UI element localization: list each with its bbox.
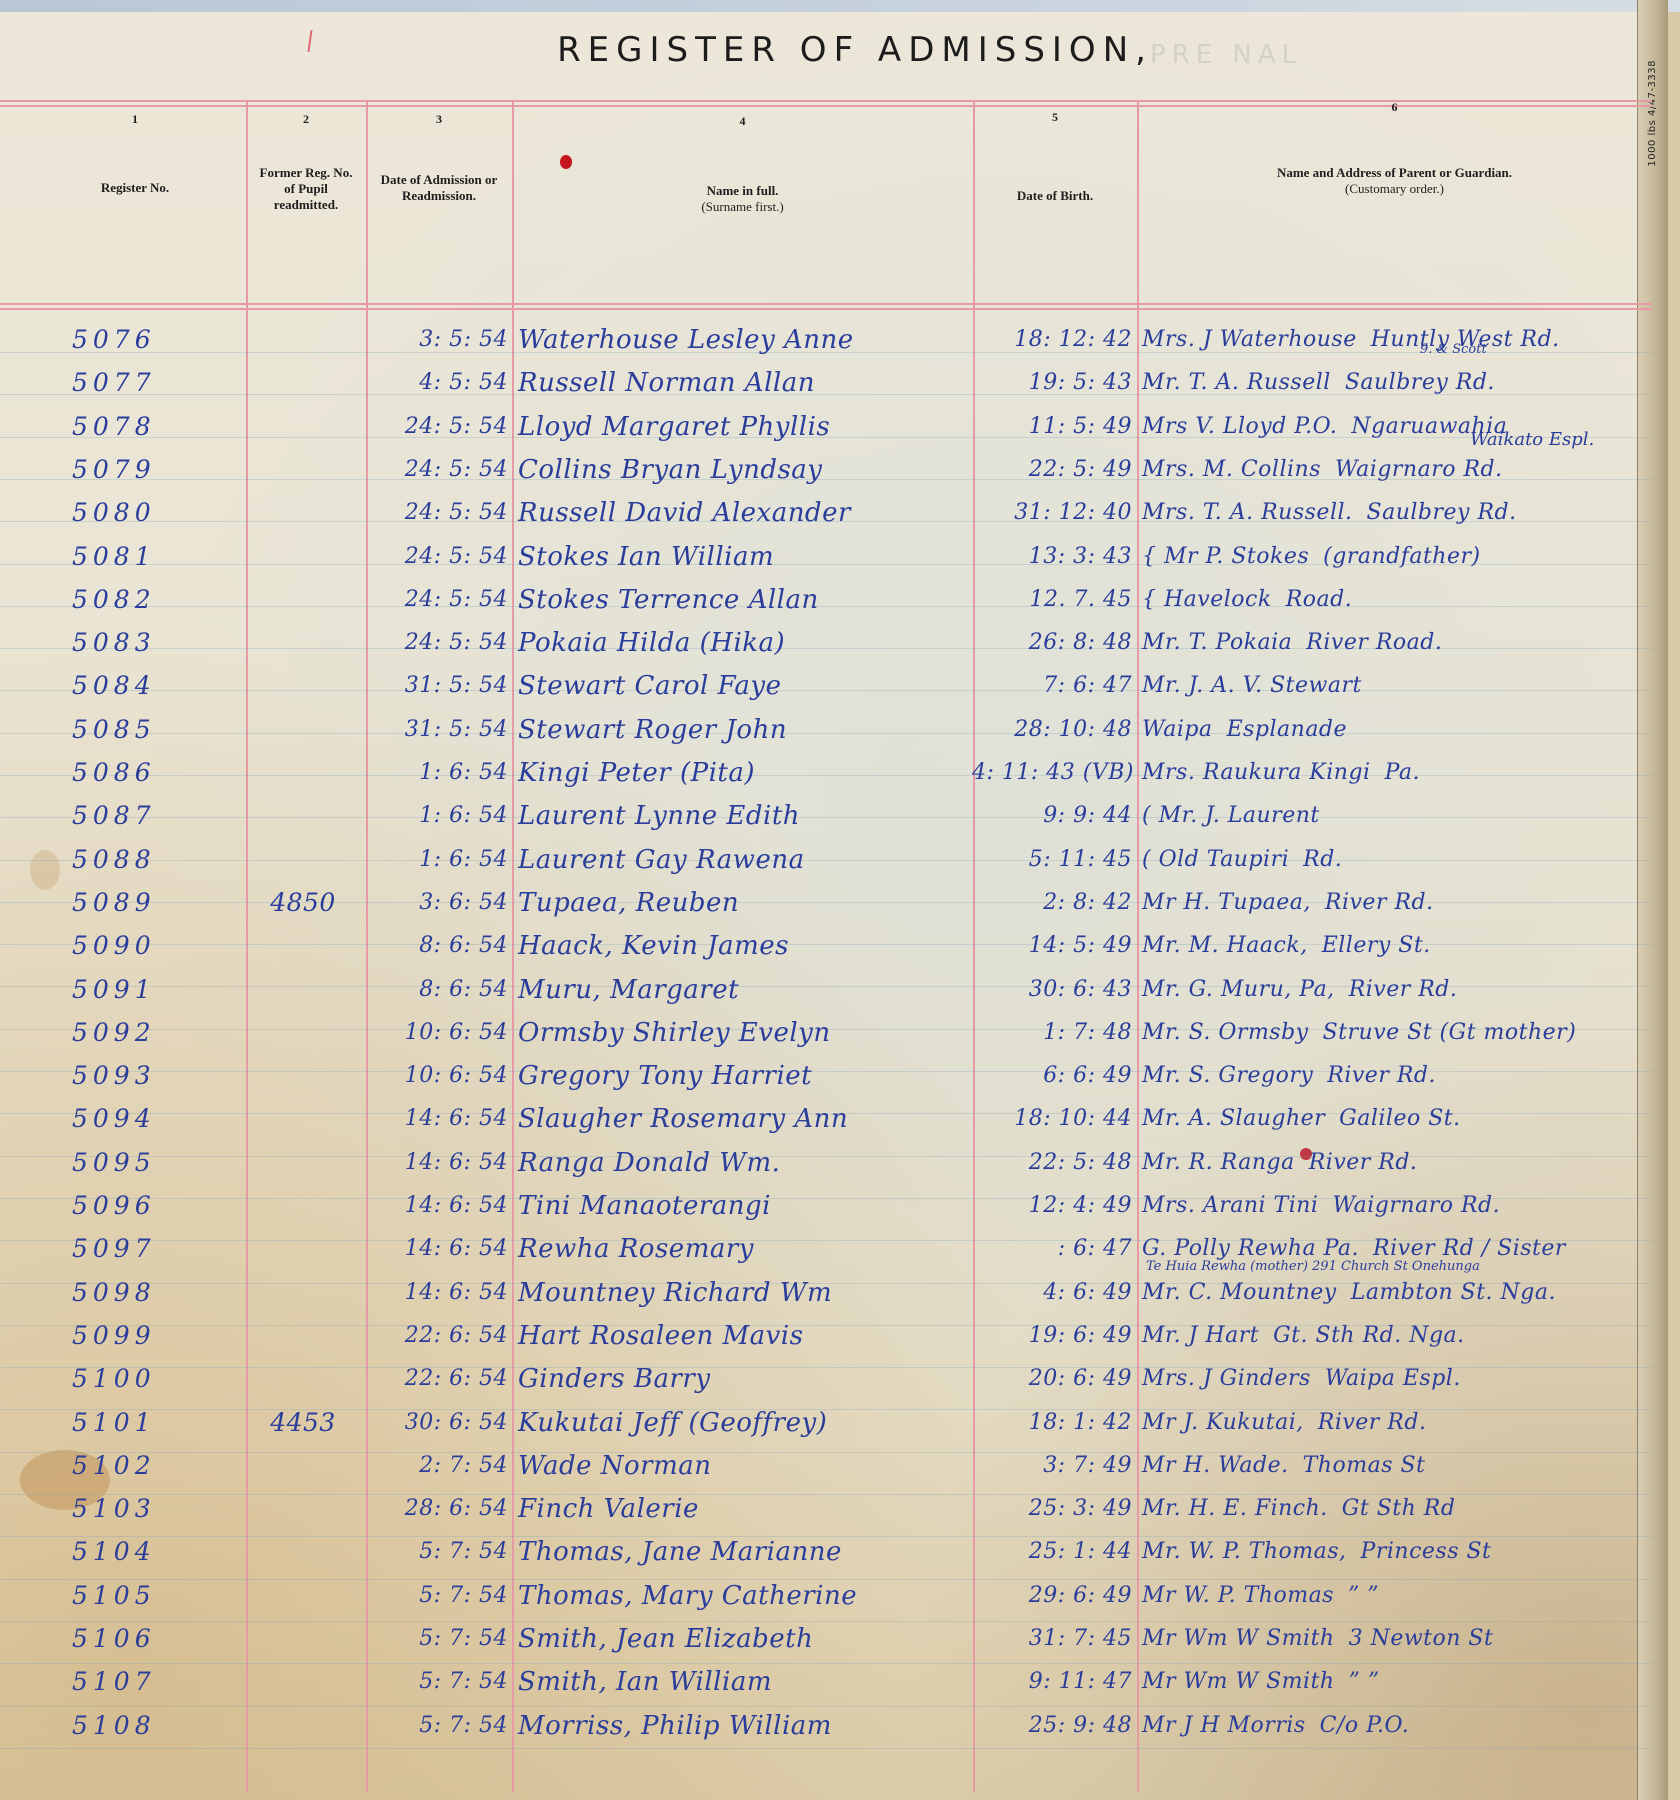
register-page: 1000 lbs 4/47-3338 PRE NAL REGISTER OF A… [0,0,1668,1800]
parent-name: { Mr P. Stokes [1142,544,1309,569]
register-row: 50774: 5: 54Russell Norman Allan19: 5: 4… [0,363,1652,405]
admission-date: 14: 6: 54 [368,1099,508,1139]
former-register-number: 4850 [248,883,358,923]
parent-address: River Rd. [1325,890,1434,915]
parent-address: Saulbrey Rd. [1345,370,1495,395]
register-row: 509310: 6: 54Gregory Tony Harriet6: 6: 4… [0,1056,1652,1098]
pupil-name: Russell Norman Allan [518,363,968,403]
parent-guardian: Mr. S. GregoryRiver Rd. [1142,1056,1662,1096]
admission-date: 1: 6: 54 [368,840,508,880]
parent-name: ( Old Taupiri [1142,847,1289,872]
parent-name: Mrs. Arani Tini [1142,1193,1318,1218]
column-header: Register No. [68,180,202,196]
pupil-name: Collins Bryan Lyndsay [518,450,968,490]
parent-name: Mr. J. A. V. Stewart [1142,673,1362,698]
pupil-name: Mountney Richard Wm [518,1273,968,1313]
date-of-birth: 12: 4: 49 [972,1186,1132,1226]
date-of-birth: 9: 11: 47 [972,1662,1132,1702]
parent-guardian: Mr Wm W Smith3 Newton St [1142,1619,1662,1659]
register-number: 5100 [72,1359,232,1399]
date-of-birth: 18: 1: 42 [972,1403,1132,1443]
register-row: 509714: 6: 54Rewha Rosemary: 6: 47G. Pol… [0,1229,1652,1271]
parent-guardian: Mr. W. P. Thomas,Princess St [1142,1532,1662,1572]
parent-name: Mrs. J Ginders [1142,1366,1311,1391]
parent-address: Pa. [1385,760,1420,785]
register-row: 508124: 5: 54Stokes Ian William13: 3: 43… [0,537,1652,579]
date-of-birth: 25: 1: 44 [972,1532,1132,1572]
parent-guardian: Mr. T. A. RussellSaulbrey Rd. [1142,363,1662,403]
register-row: 51045: 7: 54Thomas, Jane Marianne25: 1: … [0,1532,1652,1574]
parent-name: Mrs. Raukura Kingi [1142,760,1371,785]
register-row: 50861: 6: 54Kingi Peter (Pita)4: 11: 43 … [0,753,1652,795]
parent-name: { Havelock [1142,587,1272,612]
pupil-name: Ormsby Shirley Evelyn [518,1013,968,1053]
annotation: Te Huia Rewha (mother) 291 Church St One… [1146,1259,1480,1274]
register-row: 507924: 5: 54Collins Bryan Lyndsay22: 5:… [0,450,1652,492]
register-number: 5086 [72,753,232,793]
register-row: 50918: 6: 54Muru, Margaret30: 6: 43Mr. G… [0,970,1652,1012]
date-of-birth: 9: 9: 44 [972,796,1132,836]
admission-date: 8: 6: 54 [368,926,508,966]
register-number: 5104 [72,1532,232,1572]
register-row: 509210: 6: 54Ormsby Shirley Evelyn1: 7: … [0,1013,1652,1055]
parent-address: Waigrnaro Rd. [1332,1193,1500,1218]
register-row: 50881: 6: 54Laurent Gay Rawena5: 11: 45(… [0,840,1652,882]
parent-guardian: Mr. T. PokaiaRiver Road. [1142,623,1662,663]
parent-guardian: Mr W. P. Thomas” ” [1142,1576,1662,1616]
parent-name: Waipa [1142,717,1213,742]
register-number: 5089 [72,883,232,923]
pupil-name: Russell David Alexander [518,493,968,533]
pupil-name: Thomas, Jane Marianne [518,1532,968,1572]
pupil-name: Stewart Roger John [518,710,968,750]
parent-guardian: Mr. C. MountneyLambton St. Nga. [1142,1273,1662,1313]
register-row: 509614: 6: 54Tini Manaoterangi12: 4: 49M… [0,1186,1652,1228]
ruled-line [0,1748,1652,1749]
admission-date: 4: 5: 54 [368,363,508,403]
pupil-name: Ginders Barry [518,1359,968,1399]
parent-address: Gt. Sth Rd. Nga. [1273,1323,1465,1348]
register-number: 5096 [72,1186,232,1226]
ink-blot [560,155,572,169]
admission-date: 30: 6: 54 [368,1403,508,1443]
parent-address: River Rd. [1349,977,1458,1002]
parent-name: Mrs V. Lloyd P.O. [1142,414,1337,439]
pupil-name: Pokaia Hilda (Hika) [518,623,968,663]
date-of-birth: 22: 5: 48 [972,1143,1132,1183]
register-number: 5087 [72,796,232,836]
admission-date: 5: 7: 54 [368,1532,508,1572]
pupil-name: Laurent Lynne Edith [518,796,968,836]
register-number: 5083 [72,623,232,663]
column-number: 5 [973,110,1137,125]
pupil-name: Finch Valerie [518,1489,968,1529]
admission-date: 5: 7: 54 [368,1706,508,1746]
parent-guardian: Mr H. Wade.Thomas St [1142,1446,1662,1486]
register-number: 5088 [72,840,232,880]
parent-guardian: Mr J H MorrisC/o P.O. [1142,1706,1662,1746]
parent-name: Mr. T. Pokaia [1142,630,1292,655]
parent-guardian: Mrs. M. CollinsWaigrnaro Rd. [1142,450,1662,490]
pupil-name: Muru, Margaret [518,970,968,1010]
parent-address: (grandfather) [1323,544,1480,569]
register-row: 509514: 6: 54Ranga Donald Wm.22: 5: 48Mr… [0,1143,1652,1185]
register-number: 5101 [72,1403,232,1443]
admission-date: 10: 6: 54 [368,1013,508,1053]
admission-date: 24: 5: 54 [368,580,508,620]
parent-address: Struve St (Gt mother) [1323,1020,1577,1045]
column-number: 2 [246,112,366,127]
register-row: 508531: 5: 54Stewart Roger John28: 10: 4… [0,710,1652,752]
parent-name: Mrs. J Waterhouse [1142,327,1357,352]
column-number: 6 [1137,100,1652,115]
pupil-name: Smith, Ian William [518,1662,968,1702]
parent-name: Mr Wm W Smith [1142,1669,1335,1694]
parent-name: Mr. H. E. Finch. [1142,1496,1328,1521]
admission-date: 22: 6: 54 [368,1359,508,1399]
register-number: 5099 [72,1316,232,1356]
pupil-name: Stokes Ian William [518,537,968,577]
parent-address: Ellery St. [1322,933,1431,958]
parent-address: River Rd. [1309,1150,1418,1175]
parent-address: Waigrnaro Rd. [1335,457,1503,482]
pupil-name: Kingi Peter (Pita) [518,753,968,793]
column-number: 3 [366,112,512,127]
register-number: 5094 [72,1099,232,1139]
parent-address: Road. [1286,587,1353,612]
register-number: 5091 [72,970,232,1010]
parent-guardian: Mr J. Kukutai,River Rd. [1142,1403,1662,1443]
admission-date: 3: 5: 54 [368,320,508,360]
admission-date: 5: 7: 54 [368,1576,508,1616]
date-of-birth: 5: 11: 45 [972,840,1132,880]
column-header: Name and Address of Parent or Guardian.(… [1145,165,1644,197]
register-number: 5093 [72,1056,232,1096]
parent-name: Mr. M. Haack, [1142,933,1308,958]
parent-address: Lambton St. Nga. [1351,1280,1556,1305]
parent-address: Waipa Espl. [1325,1366,1461,1391]
pupil-name: Slaugher Rosemary Ann [518,1099,968,1139]
pupil-name: Gregory Tony Harriet [518,1056,968,1096]
annotation: 9. & Scott [1420,342,1487,357]
register-number: 5077 [72,363,232,403]
annotation: Waikato Espl. [1470,429,1594,450]
parent-guardian: WaipaEsplanade [1142,710,1662,750]
admission-date: 28: 6: 54 [368,1489,508,1529]
parent-guardian: Mr. J. A. V. Stewart [1142,666,1662,706]
date-of-birth: 12. 7. 45 [972,580,1132,620]
parent-guardian: Mrs. J GindersWaipa Espl. [1142,1359,1662,1399]
register-number: 5090 [72,926,232,966]
admission-date: 1: 6: 54 [368,753,508,793]
date-of-birth: 1: 7: 48 [972,1013,1132,1053]
parent-name: Mr. S. Ormsby [1142,1020,1309,1045]
date-of-birth: 13: 3: 43 [972,537,1132,577]
register-number: 5079 [72,450,232,490]
register-number: 5107 [72,1662,232,1702]
admission-date: 1: 6: 54 [368,796,508,836]
register-number: 5076 [72,320,232,360]
parent-name: ( Mr. J. Laurent [1142,803,1320,828]
date-of-birth: 26: 8: 48 [972,623,1132,663]
date-of-birth: : 6: 47 [972,1229,1132,1269]
register-number: 5078 [72,407,232,447]
register-row: 508224: 5: 54Stokes Terrence Allan12. 7.… [0,580,1652,622]
parent-name: Mr H. Wade. [1142,1453,1289,1478]
date-of-birth: 4: 6: 49 [972,1273,1132,1313]
date-of-birth: 31: 12: 40 [972,493,1132,533]
pupil-name: Waterhouse Lesley Anne [518,320,968,360]
pupil-name: Smith, Jean Elizabeth [518,1619,968,1659]
parent-guardian: ( Old TaupiriRd. [1142,840,1662,880]
admission-date: 14: 6: 54 [368,1186,508,1226]
register-number: 5103 [72,1489,232,1529]
pupil-name: Laurent Gay Rawena [518,840,968,880]
date-of-birth: 22: 5: 49 [972,450,1132,490]
parent-name: Mr J H Morris [1142,1713,1306,1738]
register-number: 5085 [72,710,232,750]
register-row: 510328: 6: 54Finch Valerie25: 3: 49Mr. H… [0,1489,1652,1531]
register-number: 5105 [72,1576,232,1616]
pupil-name: Tupaea, Reuben [518,883,968,923]
background-strip [0,0,1680,12]
parent-address: Esplanade [1227,717,1347,742]
date-of-birth: 20: 6: 49 [972,1359,1132,1399]
register-row: 51075: 7: 54Smith, Ian William9: 11: 47M… [0,1662,1652,1704]
parent-name: Mrs. M. Collins [1142,457,1321,482]
parent-guardian: Mr. H. E. Finch.Gt Sth Rd [1142,1489,1662,1529]
column-header: Name in full.(Surname first.) [520,183,965,215]
parent-name: Mr. J Hart [1142,1323,1259,1348]
parent-name: Mr J. Kukutai, [1142,1410,1304,1435]
admission-date: 24: 5: 54 [368,407,508,447]
admission-date: 3: 6: 54 [368,883,508,923]
parent-address: ” ” [1349,1669,1380,1694]
pupil-name: Ranga Donald Wm. [518,1143,968,1183]
parent-address: River Rd. [1327,1063,1436,1088]
register-row: 50908: 6: 54Haack, Kevin James14: 5: 49M… [0,926,1652,968]
admission-date: 8: 6: 54 [368,970,508,1010]
register-number: 5097 [72,1229,232,1269]
pupil-name: Haack, Kevin James [518,926,968,966]
register-row: 51085: 7: 54Morriss, Philip William25: 9… [0,1706,1652,1748]
date-of-birth: 18: 12: 42 [972,320,1132,360]
register-row: 50871: 6: 54Laurent Lynne Edith9: 9: 44(… [0,796,1652,838]
date-of-birth: 25: 9: 48 [972,1706,1132,1746]
register-row: 50763: 5: 54Waterhouse Lesley Anne18: 12… [0,320,1652,362]
date-of-birth: 25: 3: 49 [972,1489,1132,1529]
register-row: 51022: 7: 54Wade Norman3: 7: 49Mr H. Wad… [0,1446,1652,1488]
parent-address: Thomas St [1303,1453,1426,1478]
admission-date: 22: 6: 54 [368,1316,508,1356]
register-row: 510022: 6: 54Ginders Barry20: 6: 49Mrs. … [0,1359,1652,1401]
register-row: 507824: 5: 54Lloyd Margaret Phyllis11: 5… [0,407,1652,449]
parent-address: Galileo St. [1339,1106,1460,1131]
admission-date: 14: 6: 54 [368,1229,508,1269]
parent-guardian: { Mr P. Stokes(grandfather) [1142,537,1662,577]
pupil-name: Wade Norman [518,1446,968,1486]
date-of-birth: 19: 5: 43 [972,363,1132,403]
register-row: 509414: 6: 54Slaugher Rosemary Ann18: 10… [0,1099,1652,1141]
column-header: Date of Birth. [981,188,1129,204]
admission-date: 14: 6: 54 [368,1273,508,1313]
register-number: 5080 [72,493,232,533]
register-row: 509814: 6: 54Mountney Richard Wm4: 6: 49… [0,1273,1652,1315]
register-number: 5102 [72,1446,232,1486]
parent-address: C/o P.O. [1320,1713,1410,1738]
register-row: 508324: 5: 54Pokaia Hilda (Hika)26: 8: 4… [0,623,1652,665]
parent-name: Mr. R. Ranga [1142,1150,1295,1175]
register-row: 508024: 5: 54Russell David Alexander31: … [0,493,1652,535]
parent-name: Mr Wm W Smith [1142,1626,1335,1651]
parent-address: Saulbrey Rd. [1367,500,1517,525]
register-number: 5106 [72,1619,232,1659]
parent-address: Rd. [1303,847,1342,872]
parent-name: Mr. W. P. Thomas, [1142,1539,1347,1564]
date-of-birth: 29: 6: 49 [972,1576,1132,1616]
admission-date: 10: 6: 54 [368,1056,508,1096]
admission-date: 24: 5: 54 [368,623,508,663]
pupil-name: Kukutai Jeff (Geoffrey) [518,1403,968,1443]
admission-date: 5: 7: 54 [368,1662,508,1702]
pupil-name: Morriss, Philip William [518,1706,968,1746]
column-header: Former Reg. No. of Pupil readmitted. [254,165,358,213]
admission-date: 5: 7: 54 [368,1619,508,1659]
date-of-birth: 30: 6: 43 [972,970,1132,1010]
register-row: 509922: 6: 54Hart Rosaleen Mavis19: 6: 4… [0,1316,1652,1358]
register-number: 5084 [72,666,232,706]
register-row: 51065: 7: 54Smith, Jean Elizabeth31: 7: … [0,1619,1652,1661]
date-of-birth: 6: 6: 49 [972,1056,1132,1096]
date-of-birth: 19: 6: 49 [972,1316,1132,1356]
parent-guardian: Mr. J HartGt. Sth Rd. Nga. [1142,1316,1662,1356]
parent-guardian: Mr H. Tupaea,River Rd. [1142,883,1662,923]
date-of-birth: 28: 10: 48 [972,710,1132,750]
date-of-birth: 3: 7: 49 [972,1446,1132,1486]
parent-guardian: Mr. S. OrmsbyStruve St (Gt mother) [1142,1013,1662,1053]
parent-name: Mr. S. Gregory [1142,1063,1313,1088]
admission-date: 24: 5: 54 [368,537,508,577]
register-number: 5095 [72,1143,232,1183]
date-of-birth: 4: 11: 43 (VB) [972,753,1132,793]
former-register-number: 4453 [248,1403,358,1443]
parent-guardian: { HavelockRoad. [1142,580,1662,620]
pupil-name: Hart Rosaleen Mavis [518,1316,968,1356]
parent-guardian: Mrs. T. A. Russell.Saulbrey Rd. [1142,493,1662,533]
admission-date: 31: 5: 54 [368,666,508,706]
parent-guardian: ( Mr. J. Laurent [1142,796,1662,836]
parent-guardian: Mr. G. Muru, Pa,River Rd. [1142,970,1662,1010]
date-of-birth: 31: 7: 45 [972,1619,1132,1659]
parent-name: Mr H. Tupaea, [1142,890,1311,915]
parent-name: Mrs. T. A. Russell. [1142,500,1353,525]
parent-guardian: Mr. R. RangaRiver Rd. [1142,1143,1662,1183]
parent-name: Mr W. P. Thomas [1142,1583,1334,1608]
parent-address: 3 Newton St [1349,1626,1494,1651]
register-row: 508431: 5: 54Stewart Carol Faye7: 6: 47M… [0,666,1652,708]
column-number: 4 [512,114,973,129]
date-of-birth: 18: 10: 44 [972,1099,1132,1139]
date-of-birth: 2: 8: 42 [972,883,1132,923]
register-row: 5101445330: 6: 54Kukutai Jeff (Geoffrey)… [0,1403,1652,1445]
pupil-name: Tini Manaoterangi [518,1186,968,1226]
admission-date: 24: 5: 54 [368,450,508,490]
parent-name: Mr. C. Mountney [1142,1280,1337,1305]
admission-date: 2: 7: 54 [368,1446,508,1486]
date-of-birth: 11: 5: 49 [972,407,1132,447]
date-of-birth: 7: 6: 47 [972,666,1132,706]
pupil-name: Thomas, Mary Catherine [518,1576,968,1616]
pupil-name: Stewart Carol Faye [518,666,968,706]
register-row: 51055: 7: 54Thomas, Mary Catherine29: 6:… [0,1576,1652,1618]
register-number: 5108 [72,1706,232,1746]
parent-guardian: Mrs. Arani TiniWaigrnaro Rd. [1142,1186,1662,1226]
parent-address: Gt Sth Rd [1342,1496,1456,1521]
date-of-birth: 14: 5: 49 [972,926,1132,966]
parent-address: River Rd / Sister [1373,1236,1566,1261]
parent-name: Mr. T. A. Russell [1142,370,1331,395]
register-row: 508948503: 6: 54Tupaea, Reuben2: 8: 42Mr… [0,883,1652,925]
parent-guardian: Mr Wm W Smith” ” [1142,1662,1662,1702]
parent-guardian: Mrs. J WaterhouseHuntly West Rd. [1142,320,1662,360]
register-number: 5081 [72,537,232,577]
admission-date: 14: 6: 54 [368,1143,508,1183]
parent-name: Mr. G. Muru, Pa, [1142,977,1335,1002]
pupil-name: Rewha Rosemary [518,1229,968,1269]
parent-name: Mr. A. Slaugher [1142,1106,1325,1131]
parent-address: ” ” [1348,1583,1379,1608]
register-number: 5092 [72,1013,232,1053]
parent-guardian: Mr. M. Haack,Ellery St. [1142,926,1662,966]
pupil-name: Lloyd Margaret Phyllis [518,407,968,447]
parent-address: River Rd. [1318,1410,1427,1435]
column-header: Date of Admission or Readmission. [374,172,504,204]
page-title: REGISTER OF ADMISSION, [0,30,1680,70]
admission-date: 24: 5: 54 [368,493,508,533]
parent-name: G. Polly Rewha Pa. [1142,1236,1359,1261]
register-number: 5098 [72,1273,232,1313]
parent-address: River Road. [1306,630,1442,655]
admission-date: 31: 5: 54 [368,710,508,750]
pupil-name: Stokes Terrence Allan [518,580,968,620]
parent-guardian: Mr. A. SlaugherGalileo St. [1142,1099,1662,1139]
parent-guardian: Mrs. Raukura KingiPa. [1142,753,1662,793]
parent-address: Princess St [1361,1539,1492,1564]
register-number: 5082 [72,580,232,620]
column-number: 1 [60,112,210,127]
